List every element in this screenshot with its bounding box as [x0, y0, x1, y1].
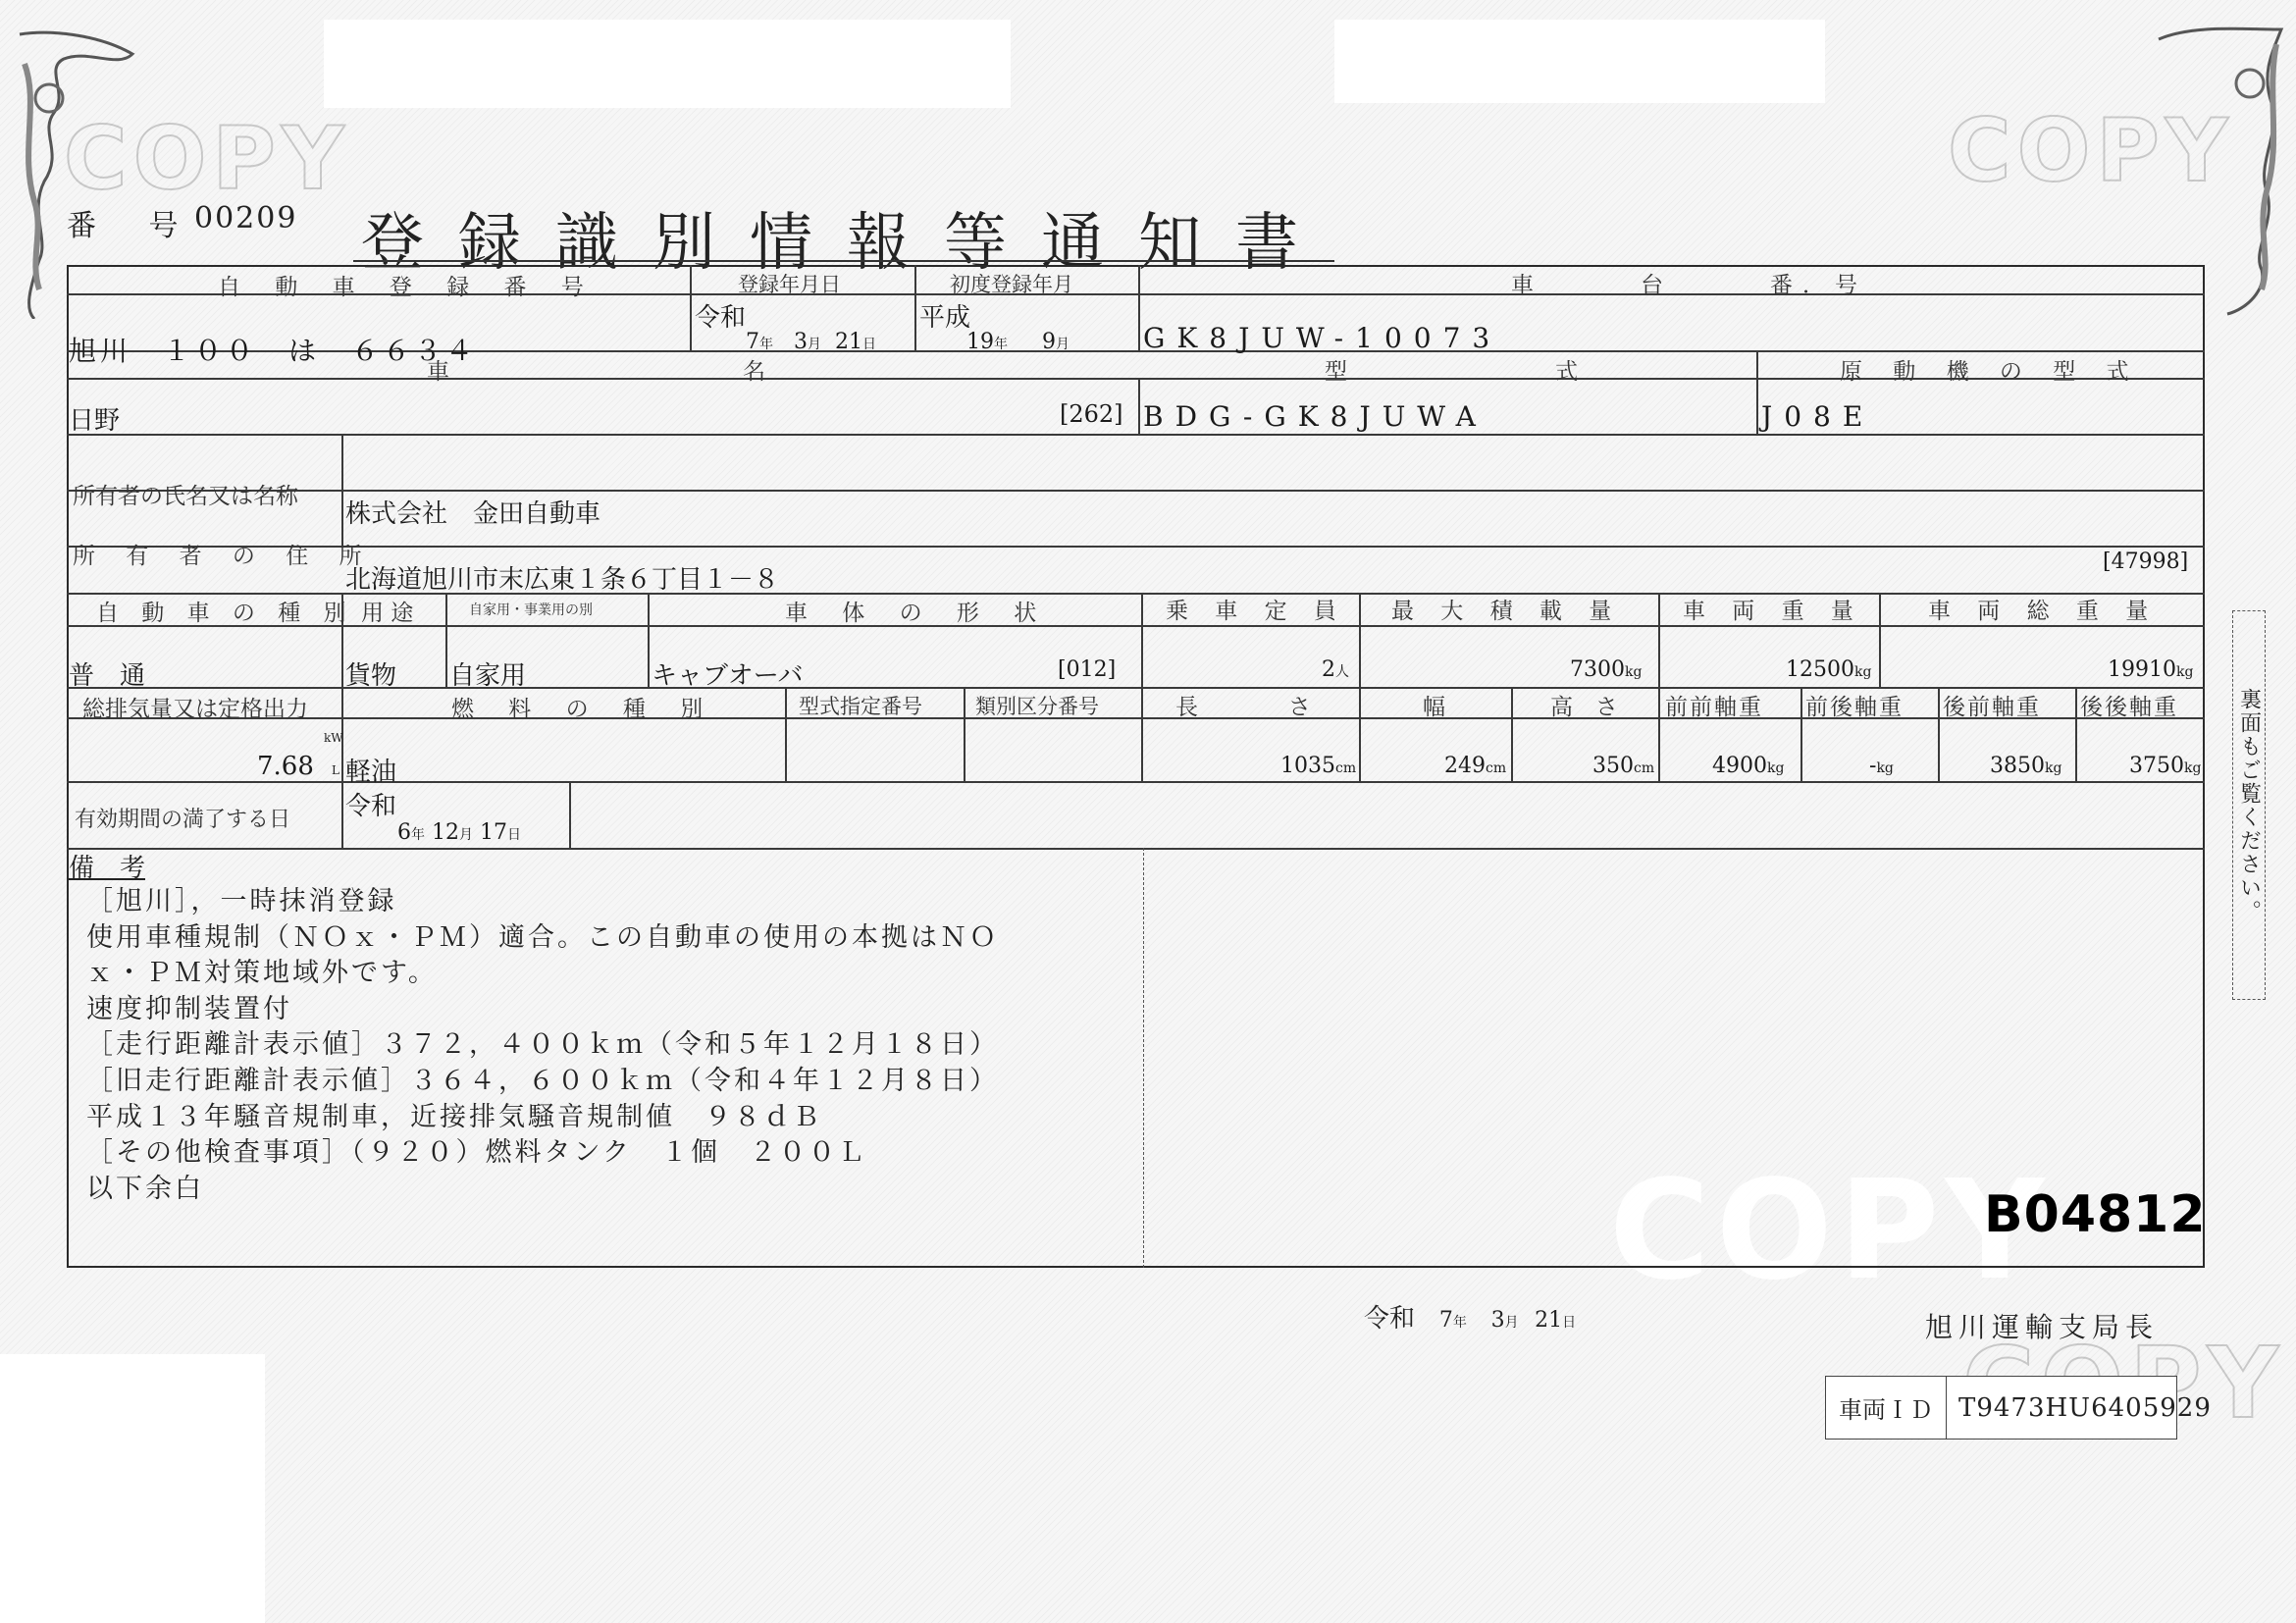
unit-year: 年: [1453, 1315, 1467, 1331]
vehicle-weight: 12500kg: [1786, 657, 1871, 682]
length: 1035cm: [1280, 754, 1356, 778]
col-divider: [785, 687, 787, 781]
blank-region: [324, 20, 1011, 108]
header-fuel: 燃 料 の 種 別: [451, 691, 716, 723]
height: 350cm: [1592, 754, 1654, 778]
fr-axle: -kg: [1869, 754, 1894, 778]
capacity-value: 2: [1322, 657, 1335, 682]
header-body-shape: 車 体 の 形 状: [785, 595, 1050, 627]
width: 249cm: [1444, 754, 1506, 778]
gross-weight: 19910kg: [2108, 657, 2193, 682]
issue-era: 令和: [1364, 1304, 1415, 1334]
blank-region: [0, 1354, 265, 1623]
row-divider: [67, 546, 2205, 548]
unit-month: 月: [1056, 337, 1070, 352]
header-rr-axle: 後後軸重: [2080, 689, 2178, 721]
issue-year: 7: [1439, 1308, 1453, 1333]
header-vehicle-kind: 自 動 車 の 種 別: [96, 595, 354, 627]
remarks-line: 平成１３年騒音規制車，近接排気騒音規制値 ９８ｄＢ: [86, 1095, 999, 1131]
header-max-load: 最 大 積 載 量: [1391, 593, 1621, 625]
serial-number: 00209: [194, 201, 297, 236]
header-private-business: 自家用・事業用の別: [469, 600, 593, 619]
ff-axle-value: 4900: [1712, 754, 1767, 778]
vehicle-id-value: T9473HU6405929: [1947, 1377, 2212, 1439]
length-value: 1035: [1280, 754, 1335, 778]
unit-year: 年: [994, 337, 1008, 352]
expiry-day: 17: [480, 820, 507, 845]
header-expiry: 有効期間の満了する日: [75, 803, 290, 833]
header-registration-date: 登録年月日: [738, 269, 841, 298]
header-displacement: 総排気量又は定格出力: [82, 691, 308, 723]
remarks-line: ［走行距離計表示値］３７２，４００ｋｍ（令和５年１２月１８日）: [86, 1022, 999, 1059]
remarks-line: 以下余白: [86, 1167, 999, 1203]
header-category-number: 類別区分番号: [975, 691, 1099, 720]
plate-number: 旭川 １００ は ６６３４: [69, 330, 477, 369]
remarks-list: ［旭川］，一時抹消登録 使用車種規制（ＮＯｘ・ＰＭ）適合。この自動車の使用の本拠…: [86, 879, 999, 1202]
use: 貨物: [345, 655, 396, 692]
issuer: 旭川運輸支局長: [1925, 1306, 2159, 1345]
weight-unit: kg: [1767, 760, 1784, 776]
col-divider: [1359, 593, 1361, 781]
remarks-line: ［その他検査事項］（９２０）燃料タンク １個 ２００Ｌ: [86, 1130, 999, 1167]
header-owner-name: 所有者の氏名又は名称: [73, 478, 298, 510]
reg-month: 3: [794, 330, 808, 354]
col-divider: [1756, 350, 1758, 434]
vehicle-weight-value: 12500: [1786, 657, 1854, 682]
col-divider: [1938, 687, 1940, 781]
displacement-unit-l: L: [332, 763, 339, 777]
header-type-designation: 型式指定番号: [799, 691, 922, 720]
remarks-line: 速度抑制装置付: [86, 987, 999, 1023]
col-divider: [341, 434, 343, 546]
weight-unit: kg: [2045, 760, 2061, 776]
capacity: 2人: [1322, 657, 1349, 682]
col-divider: [914, 265, 916, 350]
unit-month: 月: [459, 827, 473, 843]
remarks-divider: [1143, 848, 1144, 1268]
body-shape-code: [012]: [1058, 657, 1116, 682]
stamp-code: B04812: [1984, 1185, 2207, 1244]
rr-axle: 3750kg: [2129, 754, 2201, 778]
col-divider: [1800, 687, 1802, 781]
max-load: 7300kg: [1570, 657, 1642, 682]
col-divider: [445, 593, 447, 687]
serial-label: 番 号: [67, 201, 200, 244]
header-registration-number: 自 動 車 登 録 番 号: [218, 269, 598, 301]
ff-axle: 4900kg: [1712, 754, 1784, 778]
vehicle-id-box: 車両ＩＤ T9473HU6405929: [1825, 1376, 2177, 1440]
engine-model: J08E: [1761, 400, 1874, 433]
rr-axle-value: 3750: [2129, 754, 2184, 778]
length-unit: cm: [1486, 760, 1506, 776]
unit-month: 月: [1505, 1315, 1519, 1331]
col-divider: [1511, 687, 1513, 781]
first-month: 9: [1042, 330, 1056, 354]
col-divider: [569, 781, 571, 848]
blank-region: [1334, 20, 1825, 103]
rf-axle-value: 3850: [1990, 754, 2045, 778]
height-value: 350: [1592, 754, 1634, 778]
col-divider: [964, 687, 965, 781]
displacement: 7.68: [257, 752, 314, 781]
header-capacity: 乗 車 定 員: [1166, 593, 1346, 625]
unit-day: 日: [862, 337, 876, 352]
header-gross-weight: 車 両 総 重 量: [1928, 593, 2158, 625]
col-divider: [2075, 687, 2077, 781]
expiry-year: 6: [397, 820, 411, 845]
capacity-unit: 人: [1335, 664, 1349, 680]
model: BDG-GK8JUWA: [1143, 400, 1487, 433]
remarks-line: 使用車種規制（ＮＯｘ・ＰＭ）適合。この自動車の使用の本拠はＮＯ: [86, 916, 999, 952]
col-divider: [1138, 378, 1140, 434]
car-name-code: [262]: [1060, 400, 1123, 428]
displacement-unit-kw: kW: [324, 731, 343, 745]
header-fr-axle: 前後軸重: [1805, 689, 1904, 721]
unit-year: 年: [411, 827, 425, 843]
header-vehicle-weight: 車 両 重 量: [1683, 593, 1863, 625]
owner-name: 株式会社 金田自動車: [345, 494, 600, 530]
reg-era: 令和: [695, 297, 746, 334]
reg-date: 7年 3月 21日: [746, 330, 876, 354]
header-car-name-right: 名: [743, 353, 765, 386]
body-shape: キャブオーバ: [652, 655, 803, 692]
header-model-right: 式: [1555, 353, 1578, 386]
gross-weight-value: 19910: [2108, 657, 2176, 682]
header-car-name-left: 車: [427, 353, 449, 386]
header-length: 長 さ: [1175, 689, 1311, 721]
weight-unit: kg: [2184, 760, 2201, 776]
unit-day: 日: [507, 827, 521, 843]
expiry-month: 12: [432, 820, 459, 845]
rf-axle: 3850kg: [1990, 754, 2061, 778]
owner-address-code: [47998]: [2103, 550, 2188, 574]
header-use: 用 途: [361, 595, 413, 627]
unit-day: 日: [1562, 1315, 1576, 1331]
header-engine-model: 原 動 機 の 型 式: [1840, 353, 2141, 386]
remarks-line: ［旭川］，一時抹消登録: [86, 879, 999, 916]
chassis-number: GK8JUW-10073: [1143, 322, 1501, 354]
header-first-registration: 初度登録年月: [950, 269, 1073, 298]
header-owner-address: 所 有 者 の 住 所: [73, 538, 374, 570]
private-business: 自家用: [449, 655, 526, 692]
first-date: 19年 9月: [966, 330, 1070, 354]
length-unit: cm: [1634, 760, 1654, 776]
max-load-value: 7300: [1570, 657, 1625, 682]
header-chassis-number: 車 台 番．号: [1511, 267, 1867, 299]
first-year: 19: [966, 330, 994, 354]
unit-year: 年: [759, 337, 773, 352]
issue-month: 3: [1491, 1308, 1505, 1333]
header-rf-axle: 後前軸重: [1943, 689, 2041, 721]
issue-date: 令和 7年 3月 21日: [1364, 1298, 1576, 1335]
title-underline: [353, 260, 1334, 262]
weight-unit: kg: [2176, 664, 2193, 680]
weight-unit: kg: [1625, 664, 1642, 680]
expiry-era: 令和: [345, 786, 396, 822]
row-divider: [67, 490, 2205, 492]
side-note: 裏面もご覧ください。: [2232, 610, 2266, 1000]
reg-day: 21: [835, 330, 862, 354]
owner-address: 北海道旭川市末広東１条６丁目１－８: [345, 559, 779, 596]
col-divider: [1879, 593, 1881, 687]
reg-year: 7: [746, 330, 759, 354]
width-value: 249: [1444, 754, 1486, 778]
weight-unit: kg: [1854, 664, 1871, 680]
vehicle-kind: 普 通: [69, 655, 145, 692]
unit-month: 月: [808, 337, 821, 352]
row-divider: [67, 434, 2205, 436]
col-divider: [1141, 593, 1143, 781]
col-divider: [341, 687, 343, 848]
weight-unit: kg: [1876, 760, 1893, 776]
header-model-left: 型: [1325, 353, 1347, 386]
length-unit: cm: [1335, 760, 1356, 776]
car-name: 日野: [69, 400, 120, 437]
expiry-date: 6年 12月 17日: [397, 820, 521, 845]
remarks-line: ｘ・ＰＭ対策地域外です。: [86, 951, 999, 987]
fuel: 軽油: [345, 752, 396, 788]
col-divider: [1658, 593, 1660, 781]
header-ff-axle: 前前軸重: [1665, 689, 1763, 721]
remarks-line: ［旧走行距離計表示値］３６４，６００ｋｍ（令和４年１２月８日）: [86, 1059, 999, 1095]
row-divider: [67, 848, 2205, 850]
col-divider: [690, 265, 692, 350]
header-width: 幅: [1423, 689, 1445, 721]
vehicle-id-label: 車両ＩＤ: [1826, 1377, 1947, 1439]
header-height: 高 さ: [1550, 689, 1618, 721]
issue-day: 21: [1535, 1308, 1562, 1333]
col-divider: [648, 593, 650, 687]
first-era: 平成: [919, 297, 970, 334]
col-divider: [1138, 265, 1140, 350]
